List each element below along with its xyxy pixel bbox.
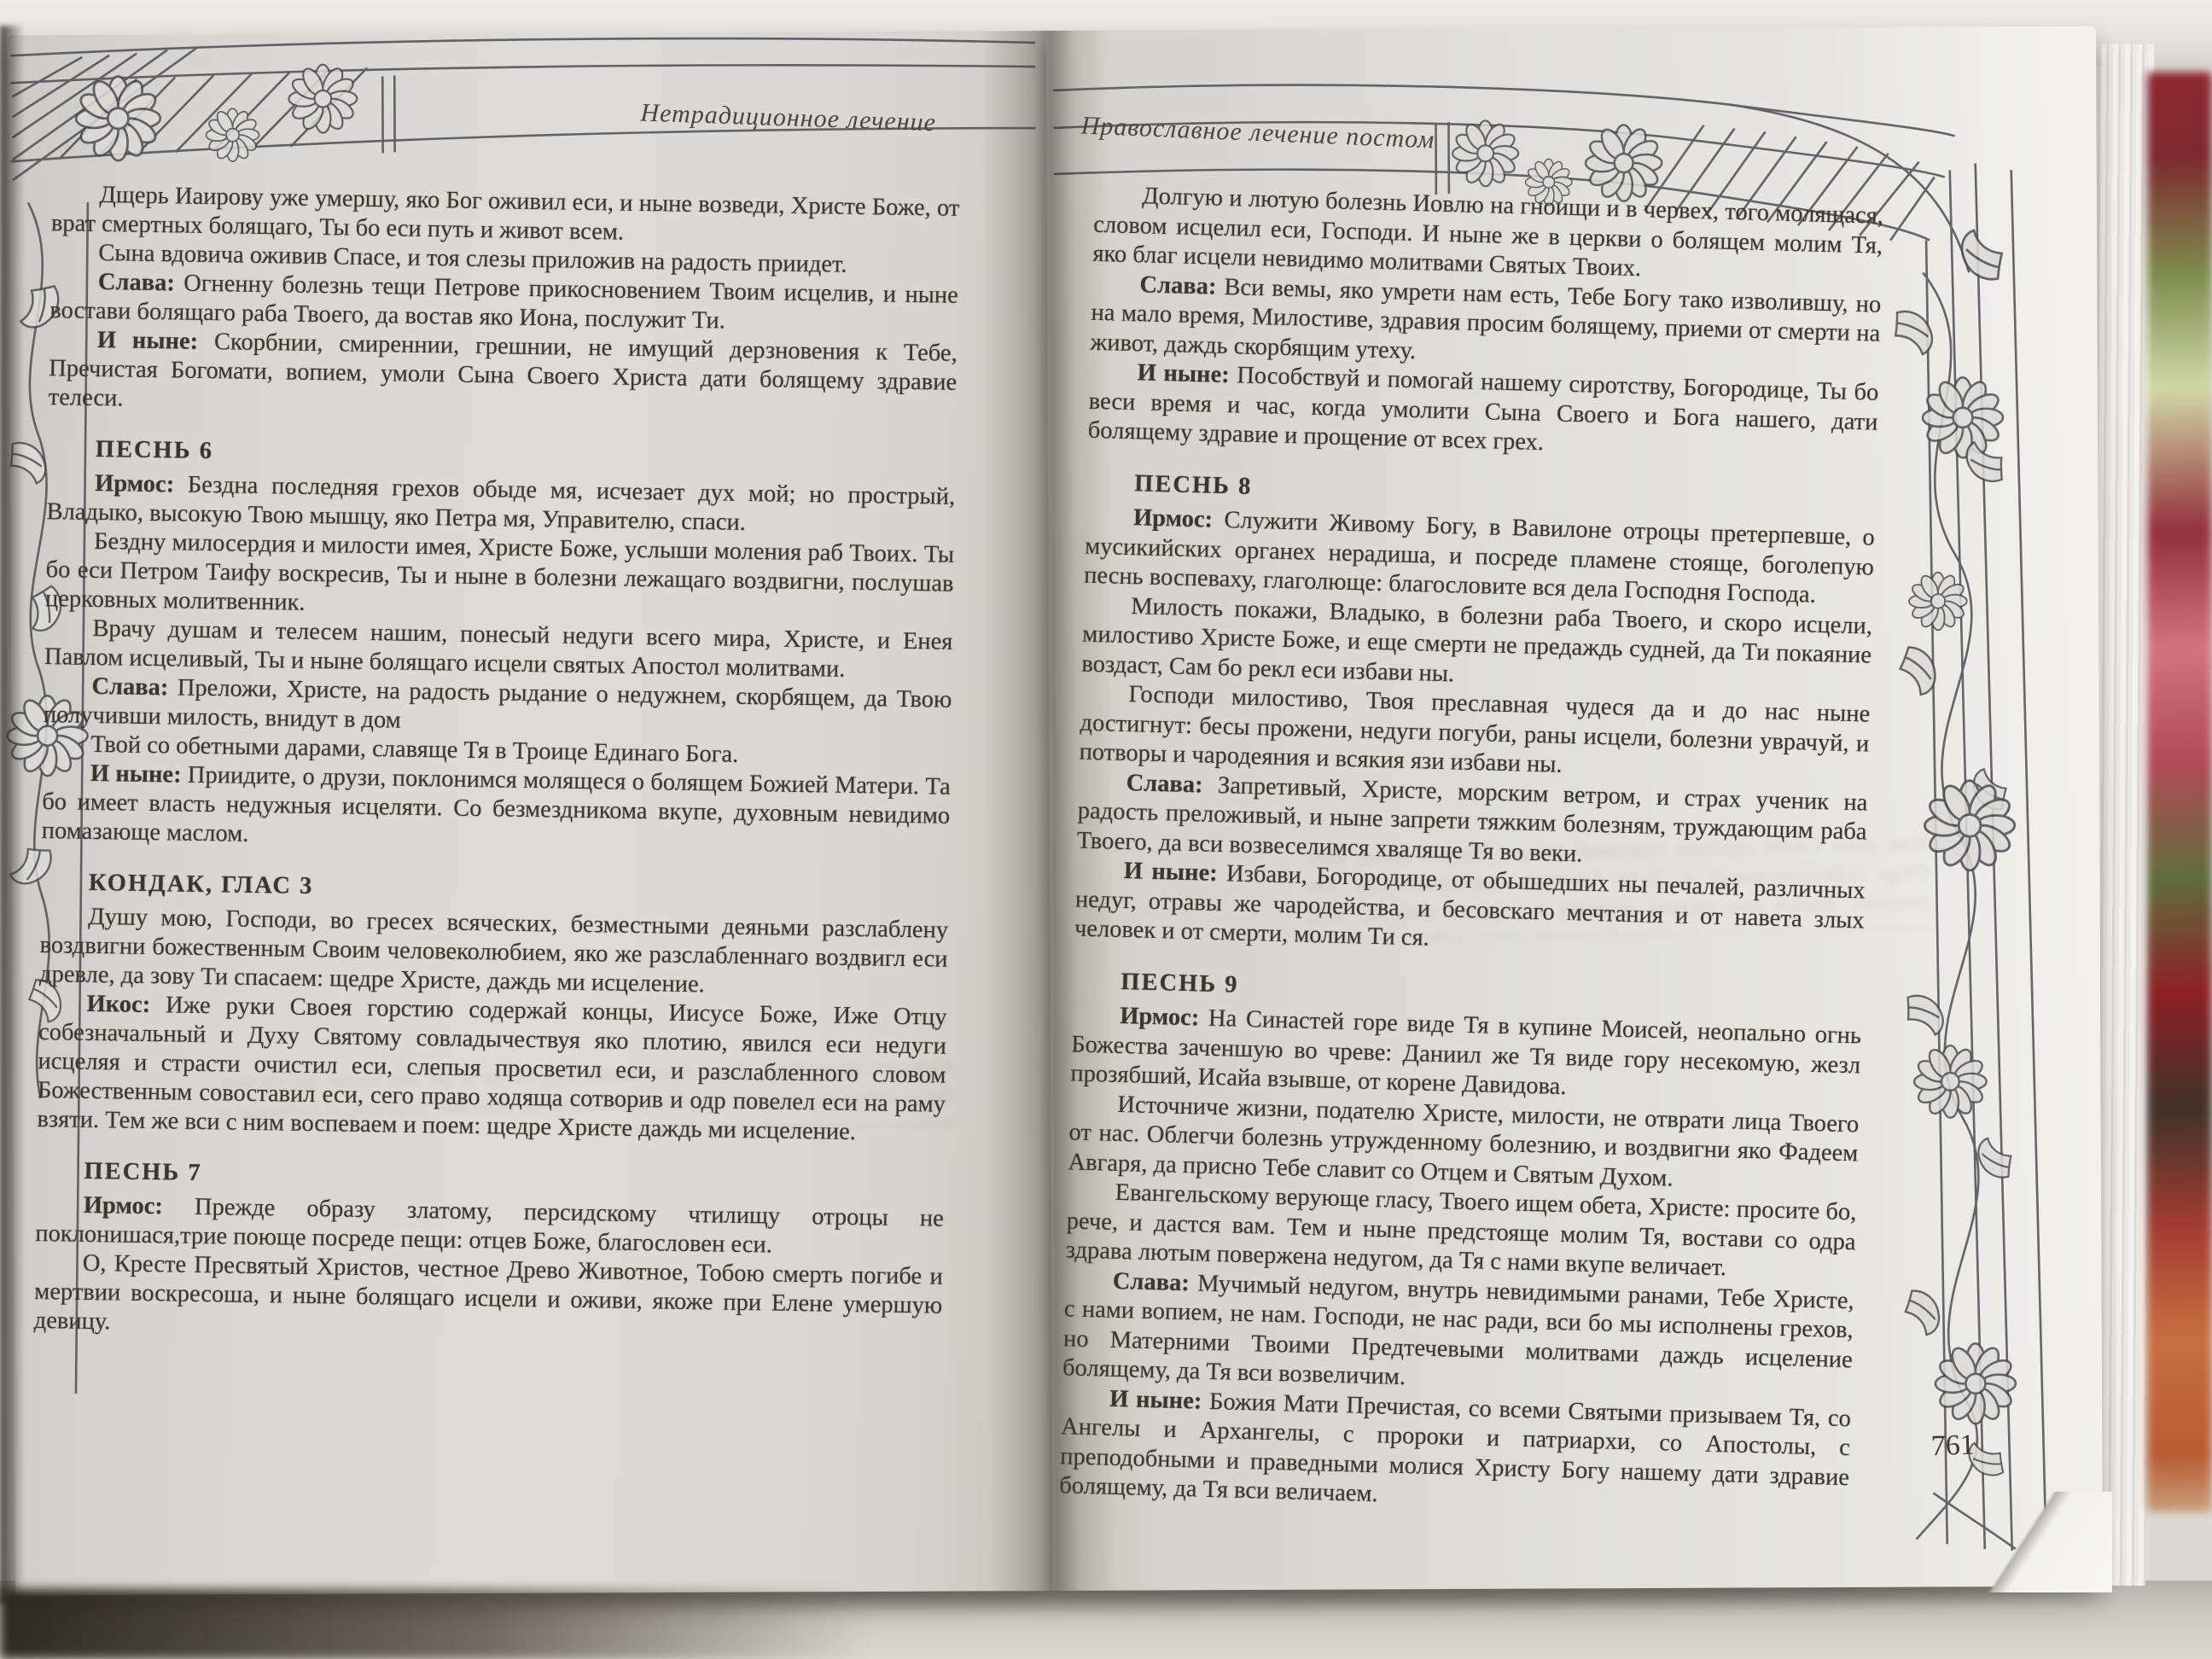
paragraph-text: Евангельскому верующе гласу, Твоего ищем…	[1065, 1179, 1856, 1281]
daisy-flower-icon	[1935, 1343, 2016, 1423]
paragraph-text: Дщерь Иаирову уже умершу, яко Бог оживил…	[51, 182, 960, 246]
paragraph-text: Бездну милосердия и милости имея, Христе…	[45, 528, 954, 616]
running-head-right: Православное лечение постом	[1080, 111, 1435, 154]
paragraph-text: Иже руки Своея горстию содержай концы, И…	[37, 992, 947, 1145]
paragraph-text: Преложи, Христе, на радость рыдание о не…	[44, 675, 952, 734]
daisy-flower-icon	[1923, 377, 2003, 457]
paragraph-lead: Слава:	[98, 269, 184, 297]
book-photo: Нетрадиционное лечение Дщерь Иаирову уже…	[0, 0, 2212, 1659]
book-cover-edge	[2087, 0, 2212, 1659]
daisy-flower-icon	[288, 65, 357, 133]
vine-leaf-icon	[1885, 302, 1940, 361]
paragraph: И ныне: Божия Мати Пречистая, со всеми С…	[1059, 1383, 1851, 1522]
paragraph-lead: И ныне:	[1109, 1385, 1210, 1414]
paragraph-lead: Икос:	[86, 991, 166, 1018]
paragraph-lead: Ирмос:	[95, 470, 188, 498]
paragraph-text: Душу мою, Господи, во гресех всяческих, …	[39, 904, 948, 998]
vine-leaf-icon	[1897, 987, 1951, 1042]
paragraph-lead: Слава:	[1126, 770, 1218, 799]
vine-leaf-icon	[1899, 1284, 1945, 1339]
paragraph-text: Огненну болезнь тещи Петрове прикосновен…	[49, 271, 958, 335]
paragraph-lead: Слава:	[1139, 271, 1225, 300]
page-number: 761	[1906, 1429, 2000, 1464]
paragraph-lead: Ирмос:	[84, 1192, 195, 1220]
paragraph-lead: Слава:	[1113, 1267, 1198, 1296]
paragraph-text: КОНДАК, ГЛАС 3	[89, 870, 314, 899]
paragraph-lead: И ныне:	[97, 327, 215, 355]
paragraph: О, Кресте Пресвятый Христов, честное Дре…	[33, 1249, 942, 1350]
paragraph-text: Врачу душам и телесем нашим, понесый нед…	[44, 615, 953, 683]
vine-leaf-icon	[1971, 1132, 2019, 1185]
open-book: Нетрадиционное лечение Дщерь Иаирову уже…	[9, 26, 2103, 1596]
running-head-left: Нетрадиционное лечение	[640, 98, 937, 137]
paragraph: Слава: Мучимый недугом, внутрь невидимым…	[1062, 1266, 1854, 1405]
paragraph: И ныне: Приидите, о друзи, поклонимся мо…	[42, 759, 951, 860]
table-shadow	[0, 1589, 870, 1659]
vine-leaf-icon	[1953, 224, 2011, 288]
folded-page-corner	[1954, 1492, 2112, 1592]
paragraph-text: ПЕСНЬ 6	[96, 436, 214, 464]
daisy-flower-icon	[1586, 125, 1662, 201]
paragraph-lead: И ныне:	[1137, 359, 1237, 388]
vine-leaf-icon	[1967, 764, 2013, 816]
daisy-flower-icon	[1924, 780, 2015, 870]
paragraph-lead: И ныне:	[1123, 858, 1226, 887]
paragraph-text: ПЕСНЬ 8	[1134, 470, 1253, 500]
paragraph: И ныне: Скорбнии, смиреннии, грешнии, не…	[48, 325, 957, 427]
paragraph-lead: И ныне:	[90, 760, 189, 789]
paragraph: Икос: Иже руки Своея горстию содержай ко…	[37, 989, 947, 1149]
paragraph-lead: Ирмос:	[1133, 504, 1225, 533]
photo-left-shadow	[0, 26, 24, 1604]
daisy-flower-icon	[76, 76, 160, 160]
daisy-flower-icon	[1452, 120, 1518, 186]
paragraph: Бездну милосердия и милости имея, Христе…	[45, 527, 954, 628]
daisy-flower-icon	[206, 108, 259, 161]
paragraph-text: ПЕСНЬ 7	[84, 1158, 202, 1186]
left-page: Нетрадиционное лечение Дщерь Иаирову уже…	[9, 31, 1053, 1595]
right-page: Православное лечение постом Долгую и лют…	[1046, 26, 2103, 1591]
paragraph-lead: Ирмос:	[1120, 1003, 1209, 1032]
vine-leaf-icon	[1959, 435, 2012, 491]
cover-artwork	[2147, 72, 2212, 1512]
daisy-flower-icon	[1914, 1045, 1987, 1118]
vine-leaf-icon	[1895, 642, 1941, 698]
right-page-text: Долгую и лютую болезнь Иовлю на гноищи и…	[1059, 181, 1884, 1522]
daisy-flower-icon	[1909, 572, 1967, 630]
paragraph-text: ПЕСНЬ 9	[1121, 968, 1239, 998]
paragraph-text: Долгую и лютую болезнь Иовлю на гноищи и…	[1092, 183, 1883, 282]
paragraph: Душу мою, Господи, во гресех всяческих, …	[39, 902, 948, 1004]
left-page-text: Дщерь Иаирову уже умершу, яко Бог оживил…	[33, 180, 959, 1350]
paragraph-text: О, Кресте Пресвятый Христов, честное Дре…	[34, 1250, 943, 1336]
paragraph-lead: Слава:	[91, 673, 178, 701]
